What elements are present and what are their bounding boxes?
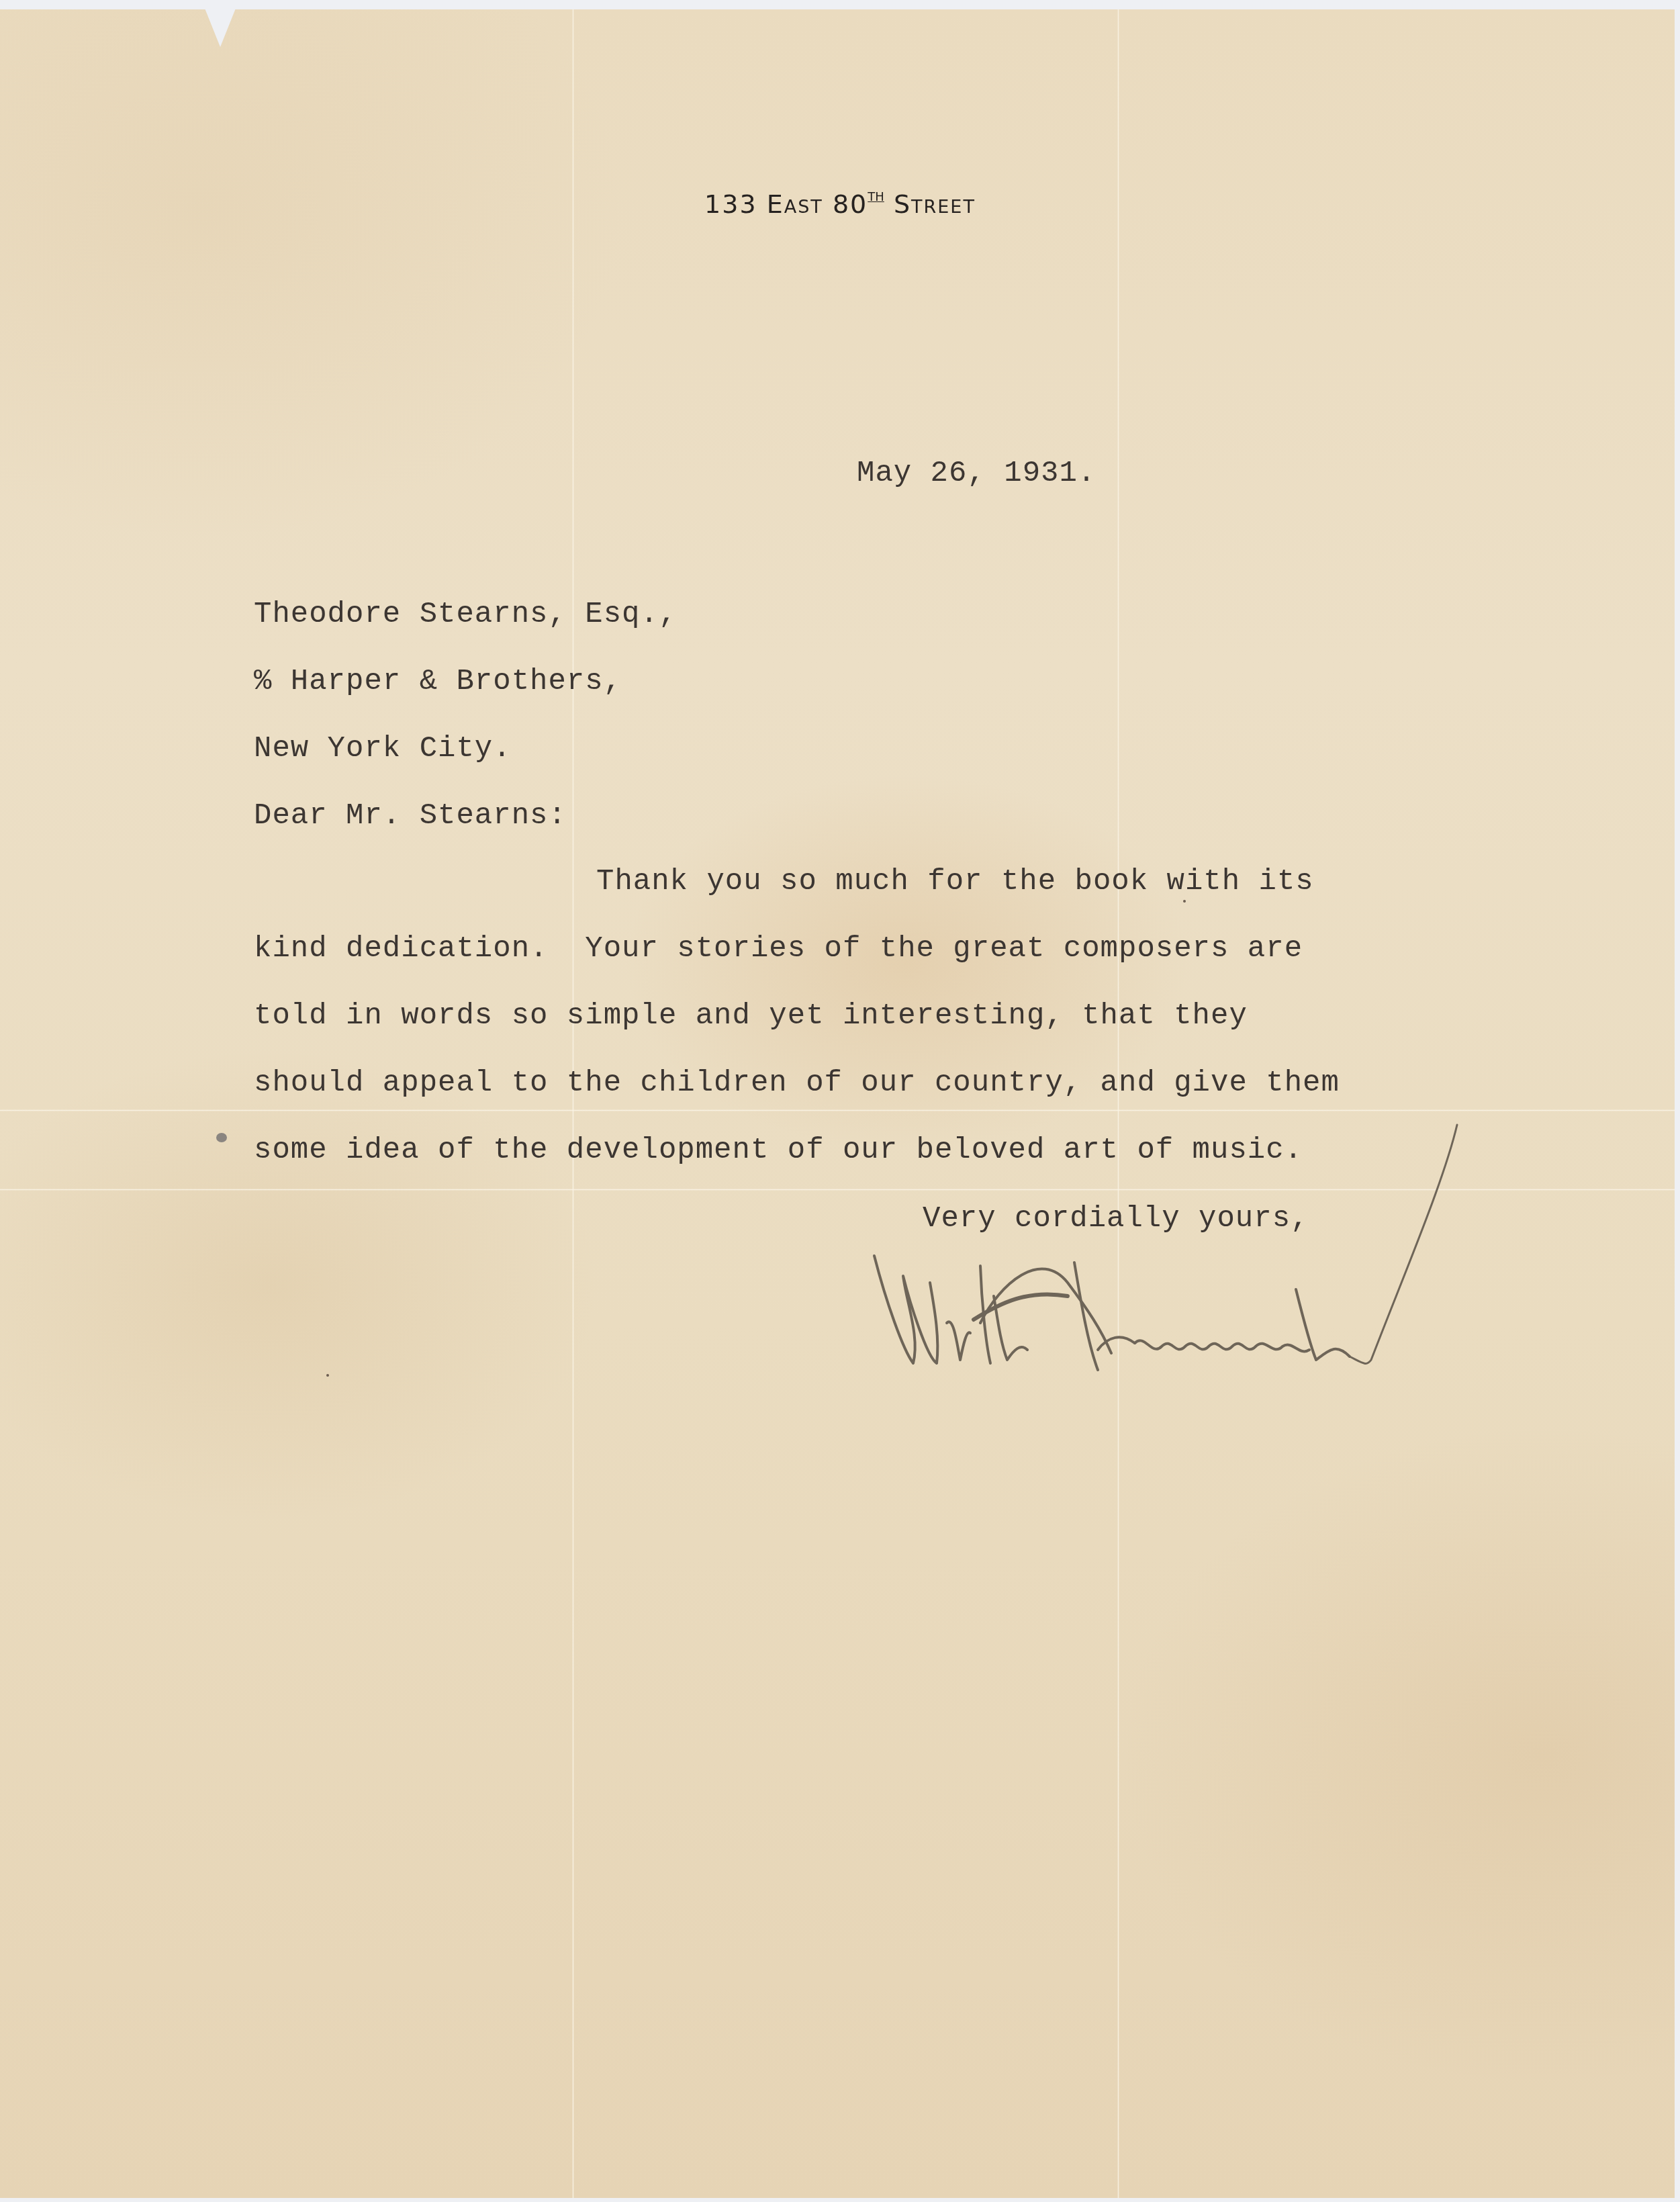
recipient-name: Theodore Stearns, Esq., bbox=[254, 598, 677, 631]
paper-speck bbox=[326, 1374, 329, 1377]
letterhead-number: 133 East 80 bbox=[704, 189, 868, 219]
body-line: told in words so simple and yet interest… bbox=[254, 999, 1248, 1033]
recipient-care-of: % Harper & Brothers, bbox=[254, 665, 622, 698]
letterhead-address: 133 East 80TH Street bbox=[0, 189, 1680, 219]
recipient-city: New York City. bbox=[254, 732, 512, 766]
handwritten-signature bbox=[866, 1101, 1645, 1383]
paper-speck bbox=[1183, 900, 1186, 903]
ink-smudge bbox=[216, 1133, 227, 1142]
letterhead-street: Street bbox=[894, 189, 976, 219]
paper-tear bbox=[201, 0, 239, 47]
letter-date: May 26, 1931. bbox=[857, 457, 1096, 490]
body-line: kind dedication. Your stories of the gre… bbox=[254, 932, 1303, 966]
salutation: Dear Mr. Stearns: bbox=[254, 799, 567, 833]
body-line: should appeal to the children of our cou… bbox=[254, 1066, 1340, 1100]
body-line: Thank you so much for the book with its bbox=[596, 865, 1314, 899]
fold-crease-vertical-left bbox=[572, 9, 574, 2198]
letterhead-suffix: TH bbox=[868, 190, 884, 204]
